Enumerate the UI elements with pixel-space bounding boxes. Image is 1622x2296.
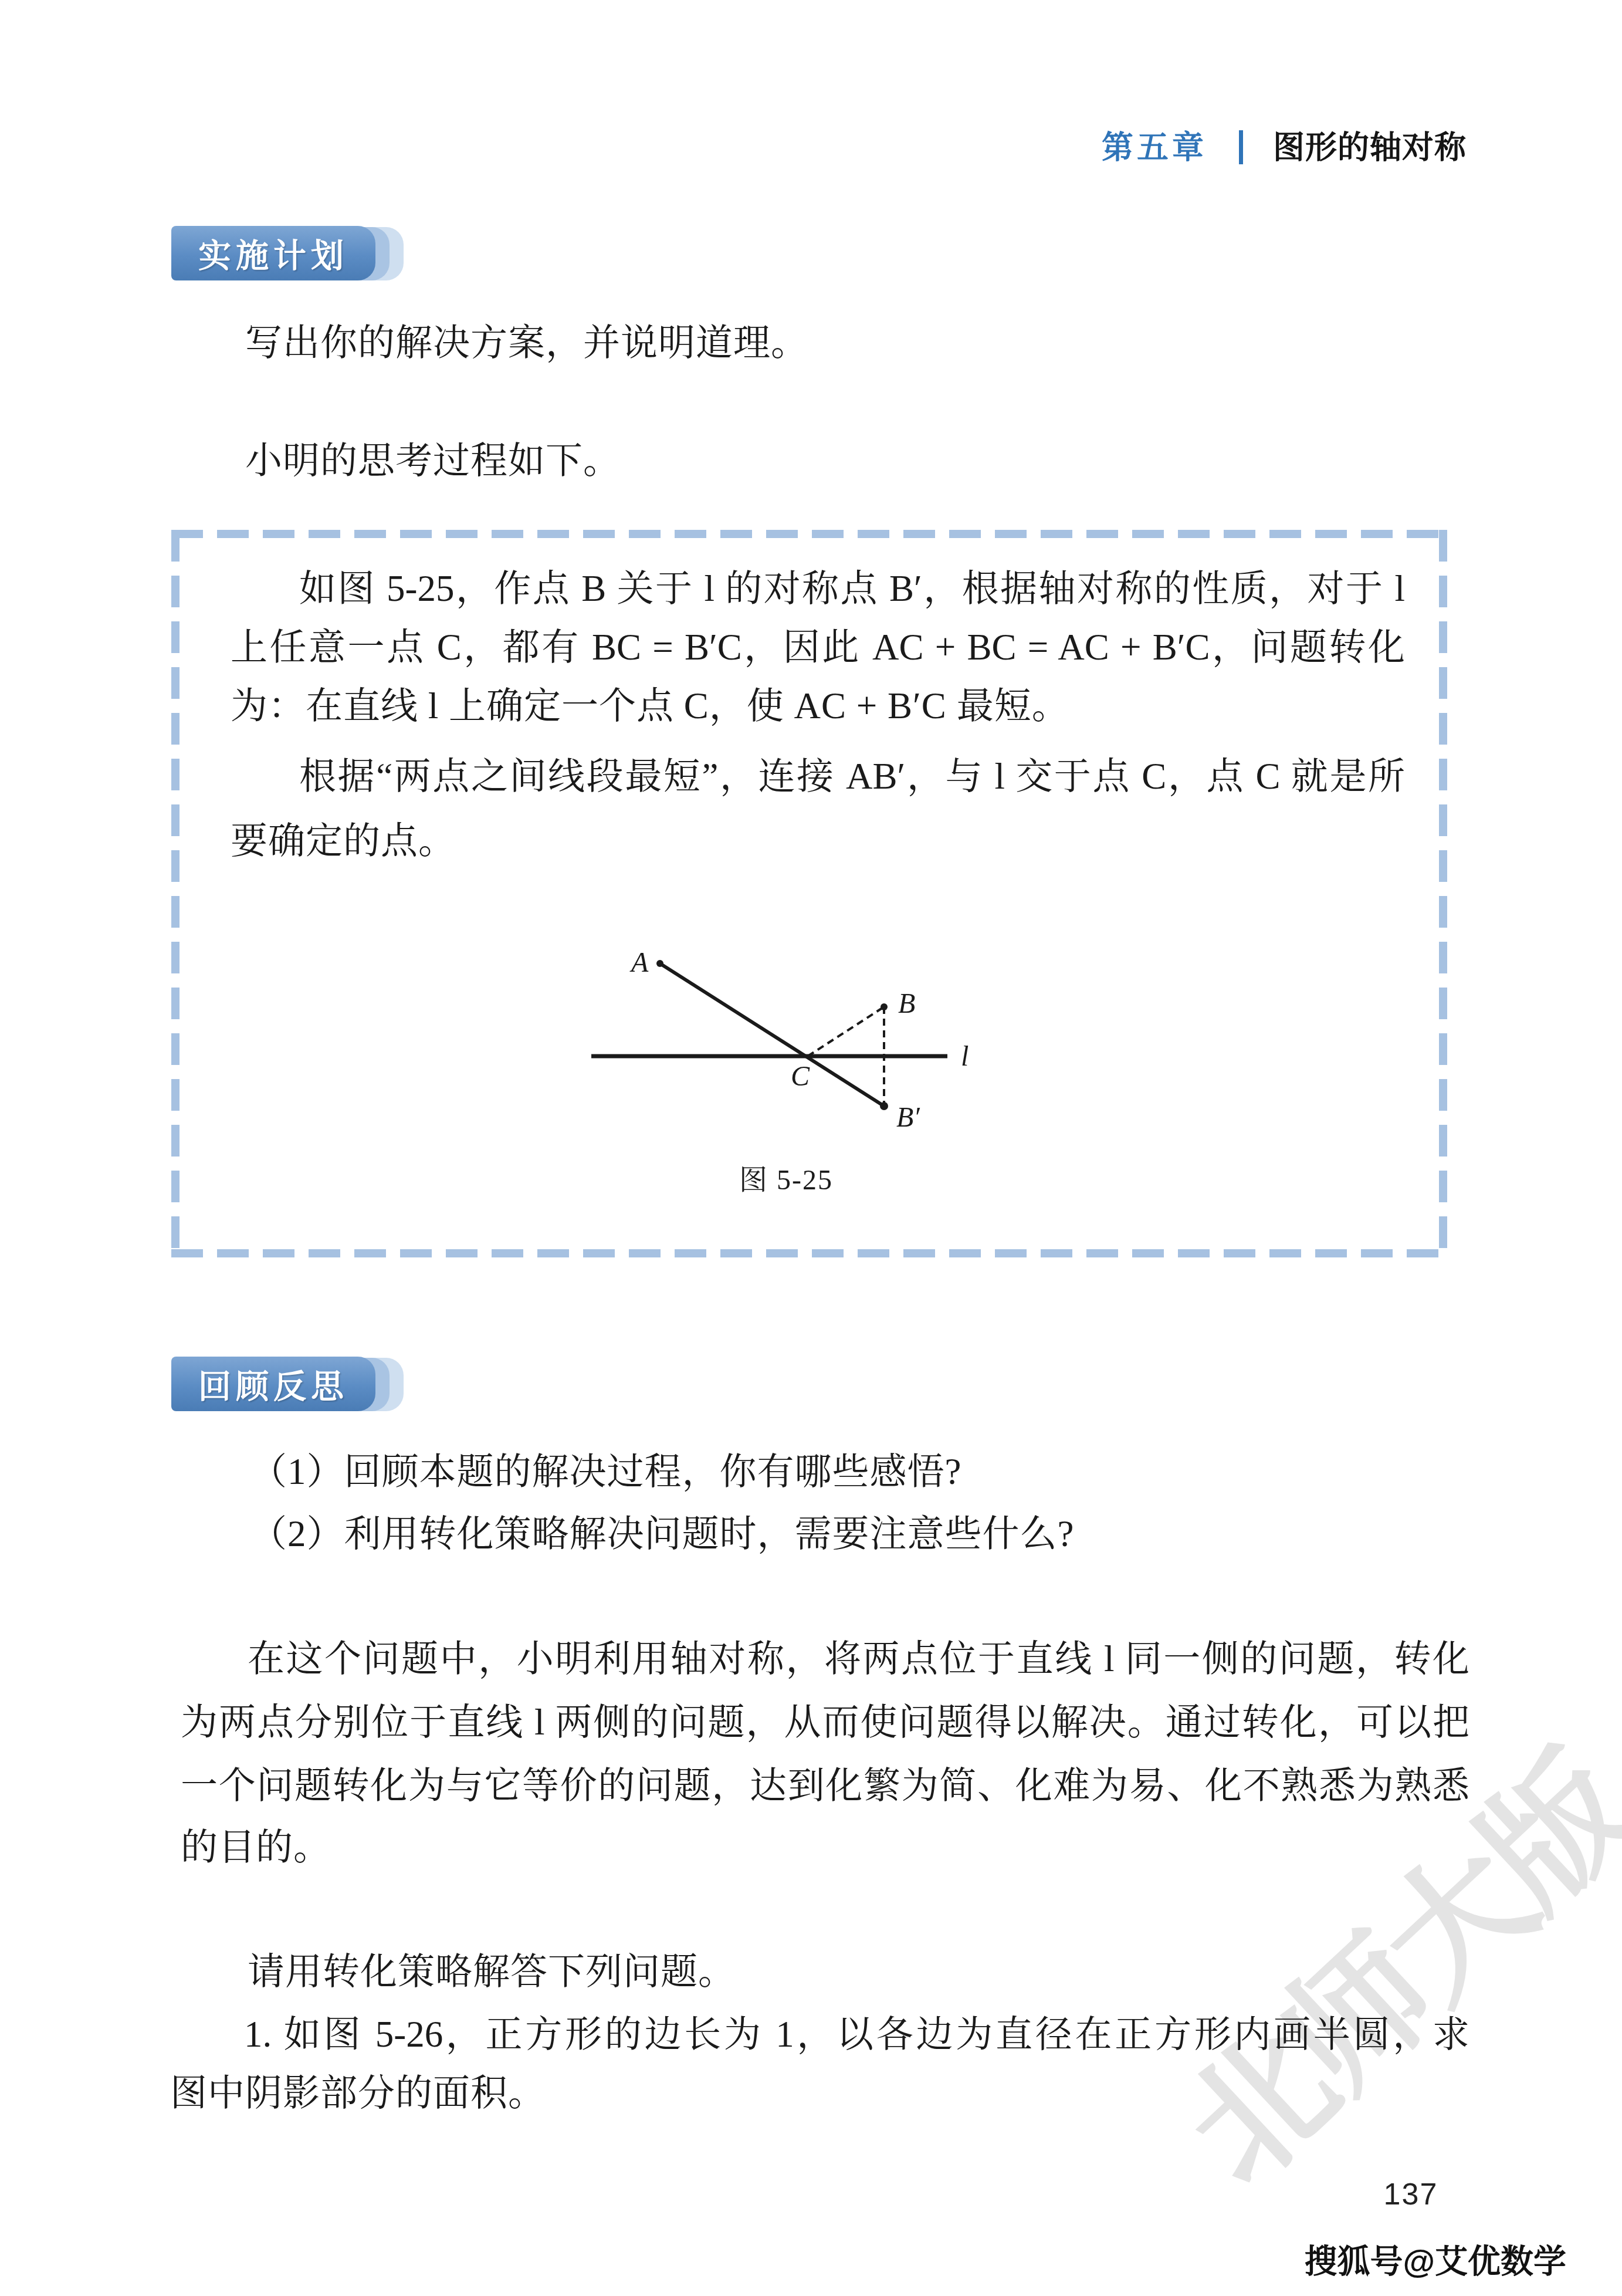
figure-5-25: A B B′ C l [575, 933, 997, 1144]
summary-line-1: 在这个问题中，小明利用轴对称，将两点位于直线 l 同一侧的问题，转化 [248, 1637, 1469, 1680]
box-border-right [1439, 530, 1447, 1257]
textbook-page: 北师大版 第五章 图形的轴对称 实施计划 写出你的解决方案，并说明道理。 小明的… [0, 0, 1622, 2296]
box-line-1: 如图 5-25，作点 B 关于 l 的对称点 B′，根据轴对称的性质，对于 l [299, 567, 1405, 610]
exercise-prompt: 请用转化策略解答下列问题。 [248, 1950, 736, 1993]
summary-line-4: 的目的。 [181, 1825, 331, 1869]
problem-1-line-2: 图中阴影部分的面积。 [170, 2071, 546, 2115]
review-question-1: （1）回顾本题的解决过程，你有哪些感悟? [250, 1450, 961, 1493]
dashed-C-B [808, 1007, 884, 1056]
review-question-2: （2）利用转化策略解决问题时，需要注意些什么? [250, 1512, 1074, 1556]
section-badge-implement-plan: 实施计划 [171, 226, 404, 280]
label-B-prime: B′ [896, 1102, 920, 1133]
point-B [881, 1003, 888, 1010]
box-line-2: 上任意一点 C，都有 BC = B′C，因此 AC + BC = AC + B′… [231, 625, 1405, 669]
figure-caption: 图 5-25 [575, 1163, 997, 1198]
badge-body: 实施计划 [171, 226, 375, 280]
label-B: B [898, 988, 915, 1019]
point-A [656, 960, 663, 967]
badge-label: 实施计划 [198, 230, 348, 277]
box-border-top [171, 530, 1447, 538]
summary-line-2: 为两点分别位于直线 l 两侧的问题，从而使问题得以解决。通过转化，可以把 [181, 1700, 1469, 1744]
box-border-left [171, 530, 180, 1257]
problem-1-line-1: 1. 如图 5-26，正方形的边长为 1，以各边为直径在正方形内画半圆，求 [244, 2013, 1469, 2056]
label-A: A [629, 947, 649, 978]
footer-credit: 搜狐号@艾优数学 [1249, 2241, 1566, 2281]
summary-line-3: 一个问题转化为与它等价的问题，达到化繁为简、化难为易、化不熟悉为熟悉 [181, 1764, 1469, 1807]
box-line-3: 为：在直线 l 上确定一个点 C，使 AC + B′C 最短。 [231, 684, 1069, 728]
point-B-prime [880, 1102, 888, 1110]
plan-paragraph-1: 写出你的解决方案，并说明道理。 [245, 321, 808, 364]
label-l: l [961, 1041, 969, 1072]
header-divider-bar [1239, 130, 1243, 164]
chapter-label: 第五章 [1102, 127, 1207, 169]
segment-A-Bprime [660, 963, 884, 1106]
badge-label: 回顾反思 [198, 1361, 348, 1408]
chapter-title: 图形的轴对称 [1273, 127, 1467, 169]
page-number: 137 [1367, 2178, 1455, 2211]
section-badge-review-reflect: 回顾反思 [171, 1357, 404, 1411]
badge-body: 回顾反思 [171, 1357, 375, 1411]
thinking-box: 如图 5-25，作点 B 关于 l 的对称点 B′，根据轴对称的性质，对于 l … [171, 530, 1447, 1257]
label-C: C [791, 1061, 810, 1092]
box-line-5: 要确定的点。 [231, 819, 456, 863]
box-border-bottom [171, 1249, 1447, 1257]
box-line-4: 根据“两点之间线段最短”，连接 AB′，与 l 交于点 C，点 C 就是所 [299, 755, 1405, 798]
plan-paragraph-2: 小明的思考过程如下。 [245, 439, 621, 482]
